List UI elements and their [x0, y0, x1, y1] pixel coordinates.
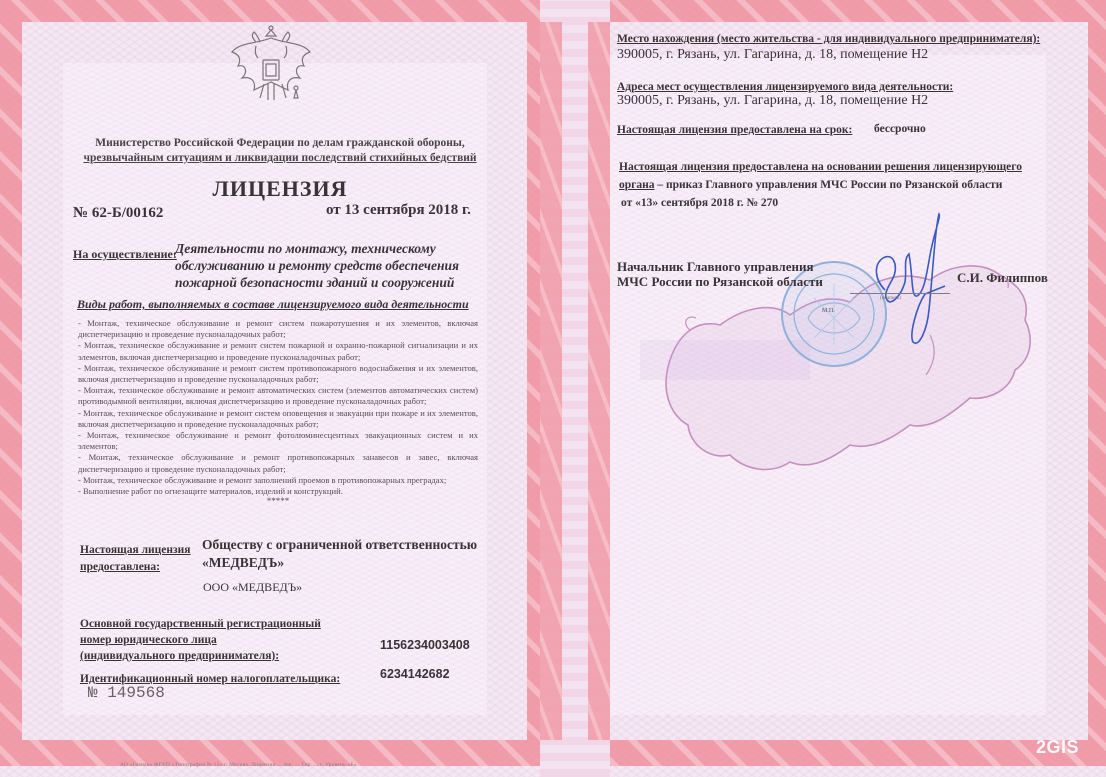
basis-order: – приказ Главного управления МЧС России …	[655, 179, 1003, 191]
ogrn-label-line-2: номер юридического лица	[80, 632, 321, 648]
ogrn-label: Основной государственный регистрационный…	[80, 616, 321, 664]
chief-title: Начальник Главного управления МЧС России…	[617, 259, 823, 289]
term-label: Настоящая лицензия предоставлена на срок…	[617, 124, 852, 136]
works-item: - Монтаж, техническое обслуживание и рем…	[78, 452, 478, 474]
chief-title-line-1: Начальник Главного управления	[617, 259, 823, 274]
ministry-line-1: Министерство Российской Федерации по дел…	[70, 136, 490, 151]
license-title: ЛИЦЕНЗИЯ	[70, 176, 490, 202]
border-strip	[540, 22, 562, 740]
activity-address-label: Адреса мест осуществления лицензируемого…	[617, 81, 953, 93]
form-serial-number: № 149568	[88, 684, 165, 702]
ministry-heading: Министерство Российской Федерации по дел…	[70, 136, 490, 166]
2gis-watermark: 2GIS	[1036, 737, 1079, 758]
works-item: - Монтаж, техническое обслуживание и рем…	[78, 318, 478, 340]
works-item: - Монтаж, техническое обслуживание и рем…	[78, 475, 478, 486]
location-label: Место нахождения (место жительства - для…	[617, 33, 1040, 45]
granted-label-line-1: Настоящая лицензия	[80, 542, 191, 559]
works-list-title: Виды работ, выполняемых в составе лиценз…	[77, 297, 469, 312]
page-gutter	[540, 0, 610, 777]
licensee-name-line-1: Обществу с ограниченной ответственностью	[202, 536, 477, 554]
works-end-marker: *****	[78, 497, 478, 506]
basis-line-3: от «13» сентября 2018 г. № 270	[619, 194, 1039, 212]
basis-line-2: органа – приказ Главного управления МЧС …	[619, 176, 1039, 194]
licensee-short-name: ООО «МЕДВЕДЪ»	[203, 580, 302, 595]
license-basis: Настоящая лицензия предоставлена на осно…	[619, 158, 1039, 212]
chief-title-line-2: МЧС России по Рязанской области	[617, 274, 823, 289]
license-number: № 62-Б/00162	[73, 205, 163, 222]
border-strip	[588, 22, 610, 740]
granted-to-label: Настоящая лицензия предоставлена:	[80, 542, 191, 576]
seal-caption: М.П.	[822, 308, 835, 314]
ogrn-label-line-3: (индивидуального предпринимателя):	[80, 648, 321, 664]
term-value: бессрочно	[874, 123, 926, 135]
activity-address-value: 390005, г. Рязань, ул. Гагарина, д. 18, …	[617, 93, 928, 109]
signature-line	[850, 293, 950, 294]
ogrn-label-line-1: Основной государственный регистрационный	[80, 616, 321, 632]
location-value: 390005, г. Рязань, ул. Гагарина, д. 18, …	[617, 47, 928, 63]
works-list: - Монтаж, техническое обслуживание и рем…	[78, 318, 478, 506]
works-item: - Монтаж, техническое обслуживание и рем…	[78, 340, 478, 362]
ogrn-value: 1156234003408	[380, 638, 470, 652]
works-item: - Монтаж, техническое обслуживание и рем…	[78, 385, 478, 407]
basis-authority-word: органа	[619, 179, 655, 191]
license-date: от 13 сентября 2018 г.	[326, 202, 471, 219]
basis-line-1: Настоящая лицензия предоставлена на осно…	[619, 158, 1039, 176]
licensee-name-line-2: «МЕДВЕДЪ»	[202, 554, 477, 572]
inn-value: 6234142682	[380, 667, 450, 681]
signature-icon	[855, 210, 950, 350]
activity-label: На осуществление:	[73, 247, 177, 262]
signer-name: С.И. Филиппов	[957, 270, 1048, 286]
activity-description: Деятельности по монтажу, техническому об…	[175, 240, 475, 291]
licensee-full-name: Обществу с ограниченной ответственностью…	[202, 536, 477, 572]
coat-of-arms-icon	[226, 24, 316, 116]
printer-note: АО «Гознак» ФГУП «Типография № 12» г. Мо…	[120, 762, 357, 768]
signature-caption: (подпись)	[880, 296, 901, 301]
ministry-line-2: чрезвычайным ситуациям и ликвидации посл…	[70, 151, 490, 166]
works-item: - Монтаж, техническое обслуживание и рем…	[78, 430, 478, 452]
granted-label-line-2: предоставлена:	[80, 559, 191, 576]
works-item: - Монтаж, техническое обслуживание и рем…	[78, 363, 478, 385]
works-item: - Монтаж, техническое обслуживание и рем…	[78, 408, 478, 430]
